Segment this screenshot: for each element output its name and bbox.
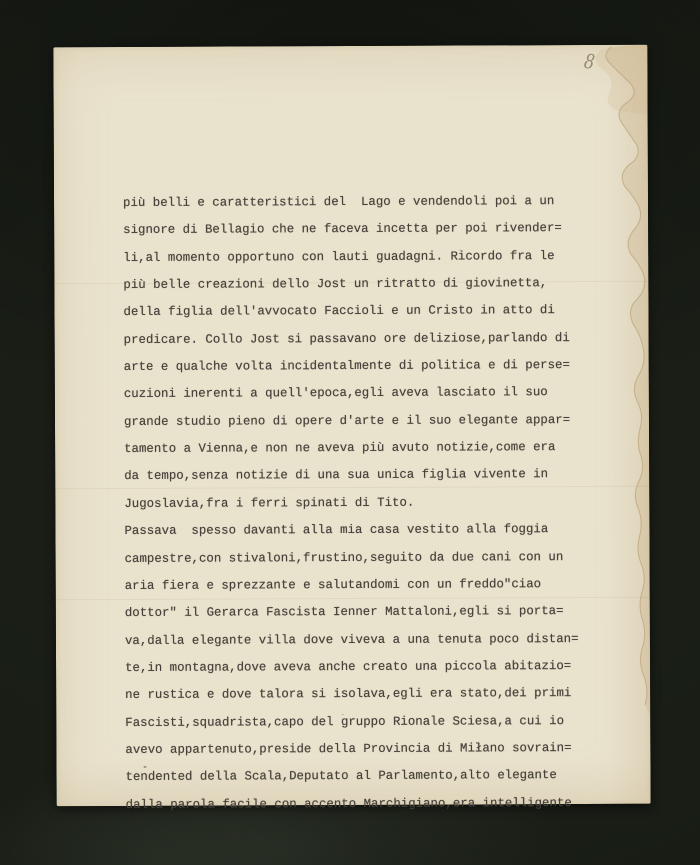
text-line: ne rustica e dove talora si isolava,egli… xyxy=(125,680,605,709)
text-line: li,al momento opportuno con lauti guadag… xyxy=(123,243,603,272)
text-line: dalla parola facile con accento Marchigi… xyxy=(126,789,606,818)
text-line: grande studio pieno di opere d'arte e il… xyxy=(124,407,604,436)
text-line: cuzioni inerenti a quell'epoca,egli avev… xyxy=(124,379,604,408)
document-page: 8 più belli e caratteristici del Lago e … xyxy=(53,45,650,807)
text-line: predicare. Collo Jost si passavano ore d… xyxy=(124,325,604,354)
photo-background: { "colors": { "photo_bg": "#171b14", "pa… xyxy=(0,0,700,865)
text-line: dottor" il Gerarca Fascista Ienner Matta… xyxy=(125,598,605,627)
text-line: aria fiera e sprezzante e salutandomi co… xyxy=(125,571,605,600)
handwritten-page-number: 8 xyxy=(583,49,597,74)
text-line: va,dalla elegante villa dove viveva a un… xyxy=(125,625,605,654)
text-line: te,in montagna,dove aveva anche creato u… xyxy=(125,653,605,682)
text-line: Jugoslavia,fra i ferri spinati di Tito. xyxy=(124,489,604,518)
text-line: più belle creazioni dello Jost un ritrat… xyxy=(123,270,603,299)
text-line: più belli e caratteristici del Lago e ve… xyxy=(123,188,603,217)
typewritten-text: più belli e caratteristici del Lago e ve… xyxy=(123,106,606,819)
text-line: della figlia dell'avvocato Faccioli e un… xyxy=(123,297,603,326)
text-line: campestre,con stivaloni,frustino,seguito… xyxy=(125,543,605,572)
text-line: signore di Bellagio che ne faceva incett… xyxy=(123,215,603,244)
text-line: Fascisti,squadrista,capo del gruppo Rion… xyxy=(125,707,605,736)
text-line: avevo appartenuto,preside della Provinci… xyxy=(125,735,605,764)
text-line: tamento a Vienna,e non ne aveva più avut… xyxy=(124,434,604,463)
text-line: da tempo,senza notizie di una sua unica … xyxy=(124,461,604,490)
text-line: Passava spesso davanti alla mia casa ves… xyxy=(124,516,604,545)
text-line: arte e qualche volta incidentalmente di … xyxy=(124,352,604,381)
text-line: tendented della Scala,Deputato al Parlam… xyxy=(125,762,605,791)
